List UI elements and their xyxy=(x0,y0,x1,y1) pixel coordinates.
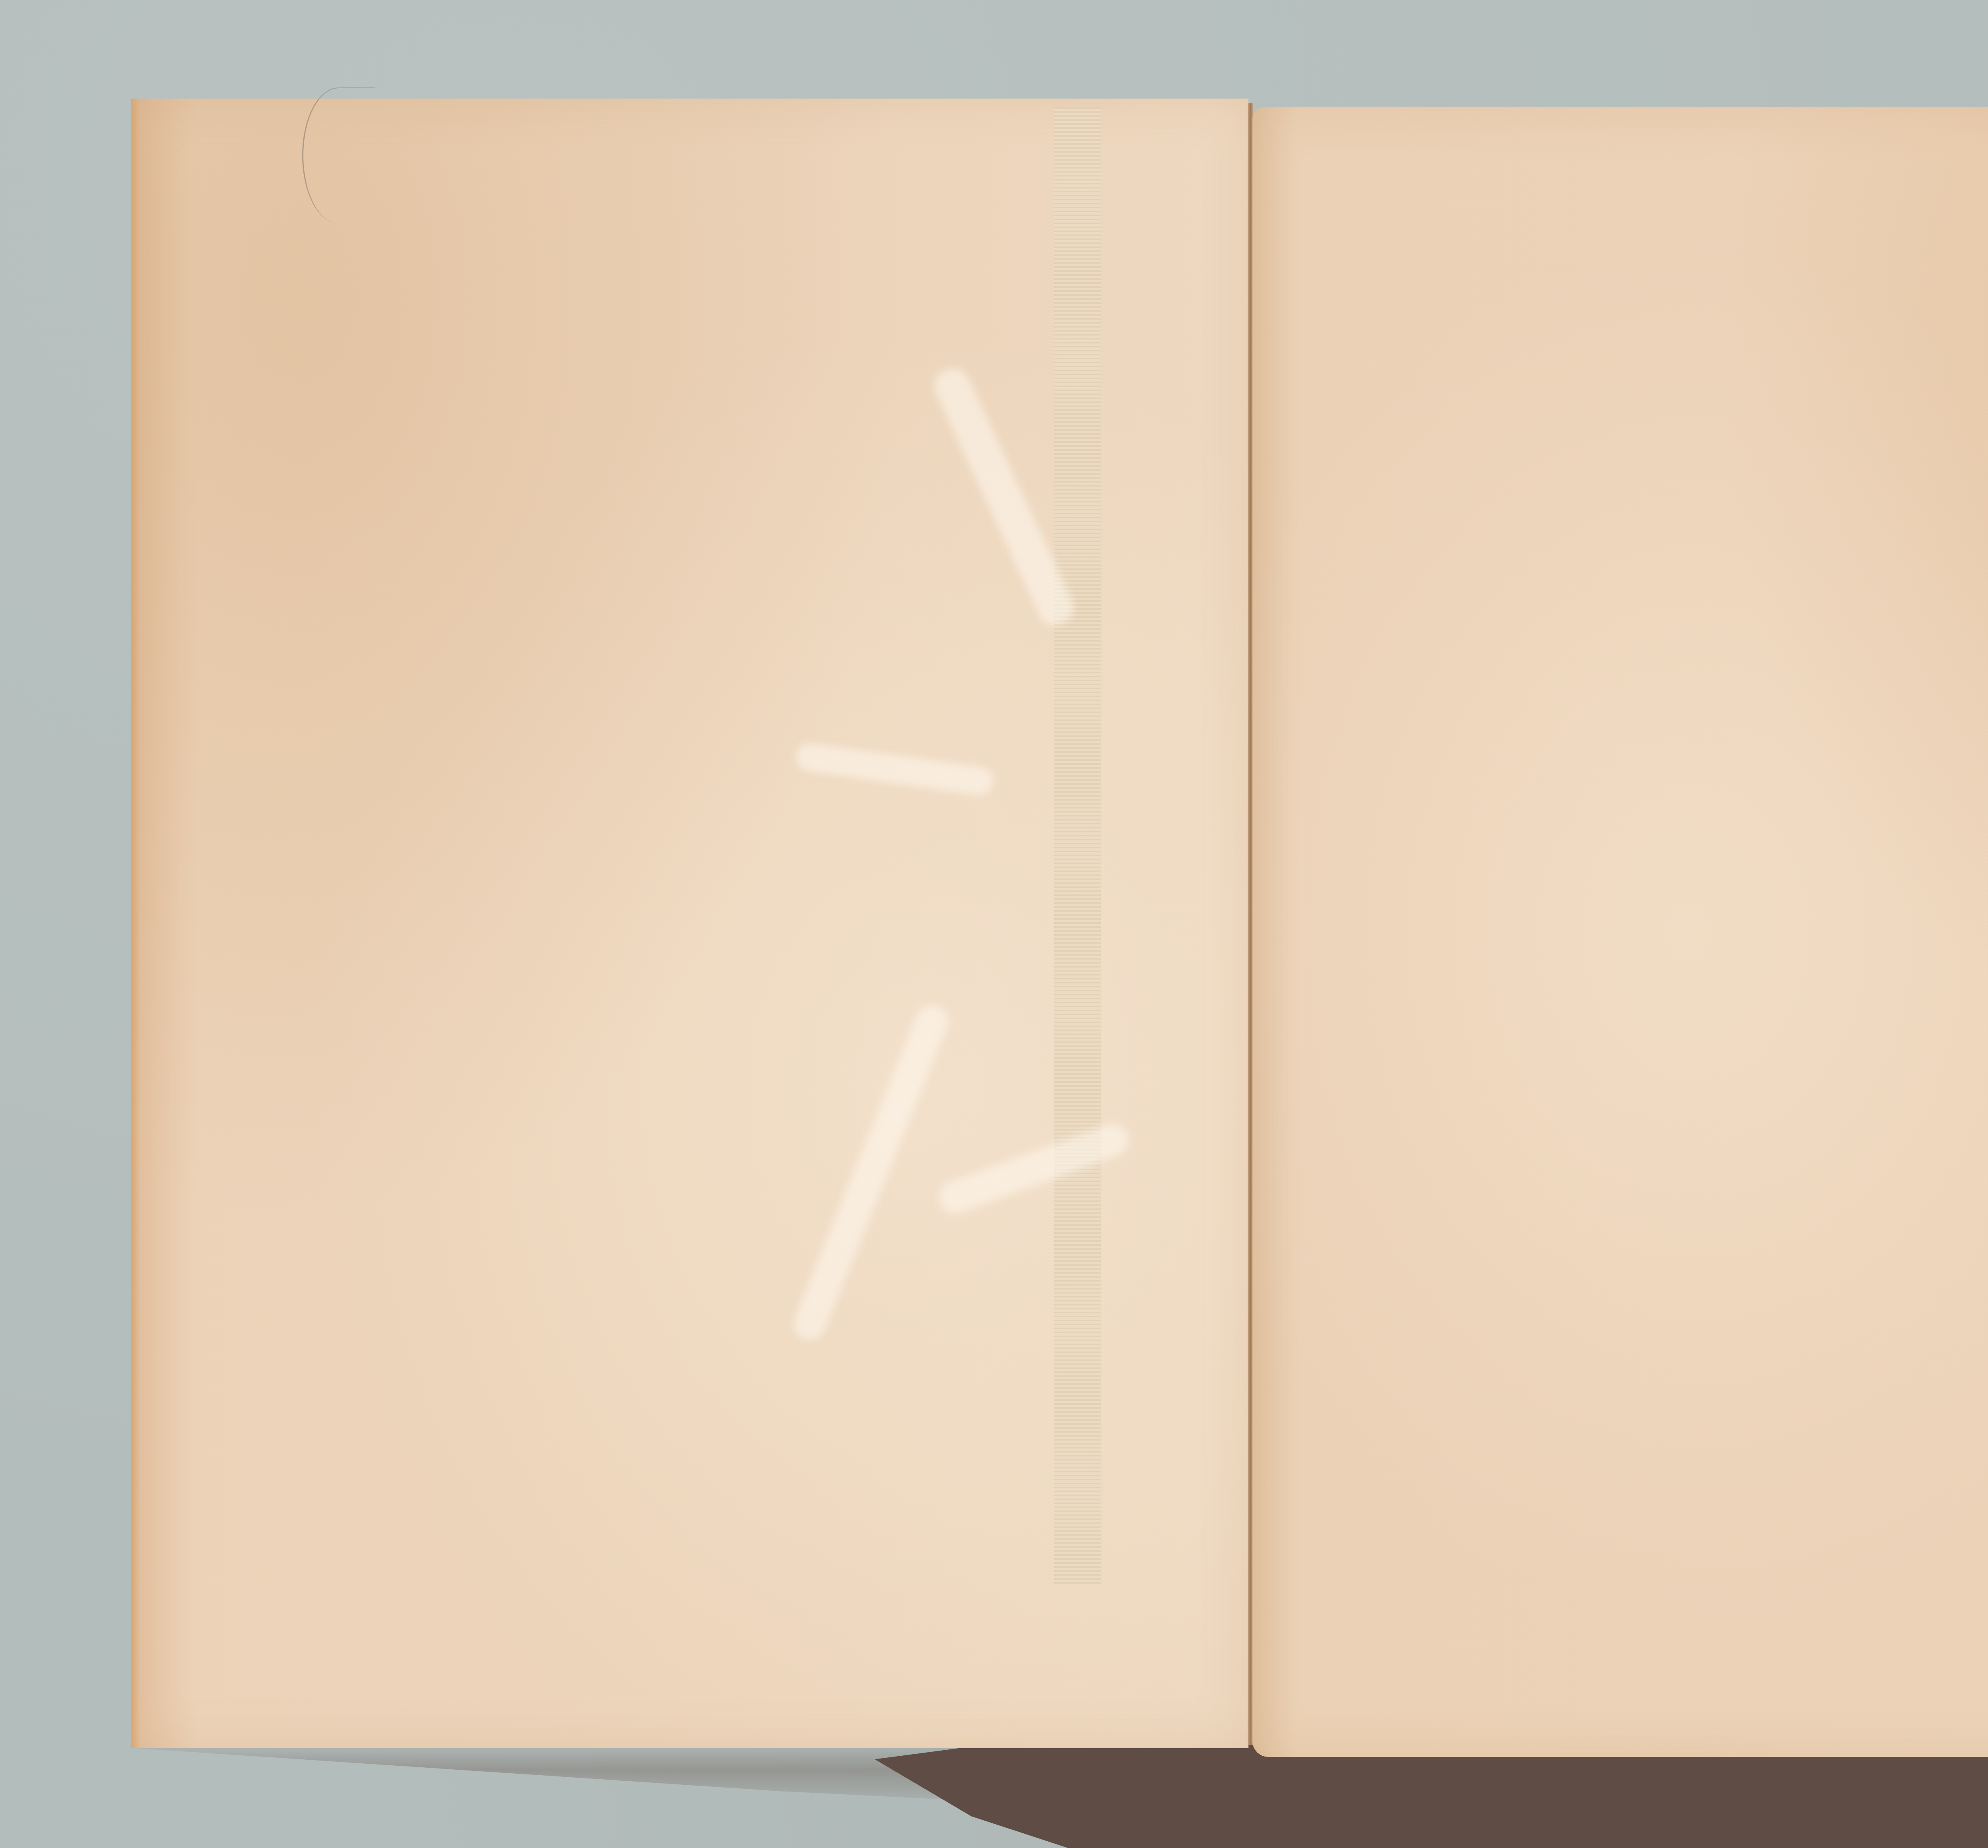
paper-curl-mark xyxy=(302,87,375,223)
right-page xyxy=(1252,107,1988,1757)
hinge-tape xyxy=(1054,107,1101,1586)
